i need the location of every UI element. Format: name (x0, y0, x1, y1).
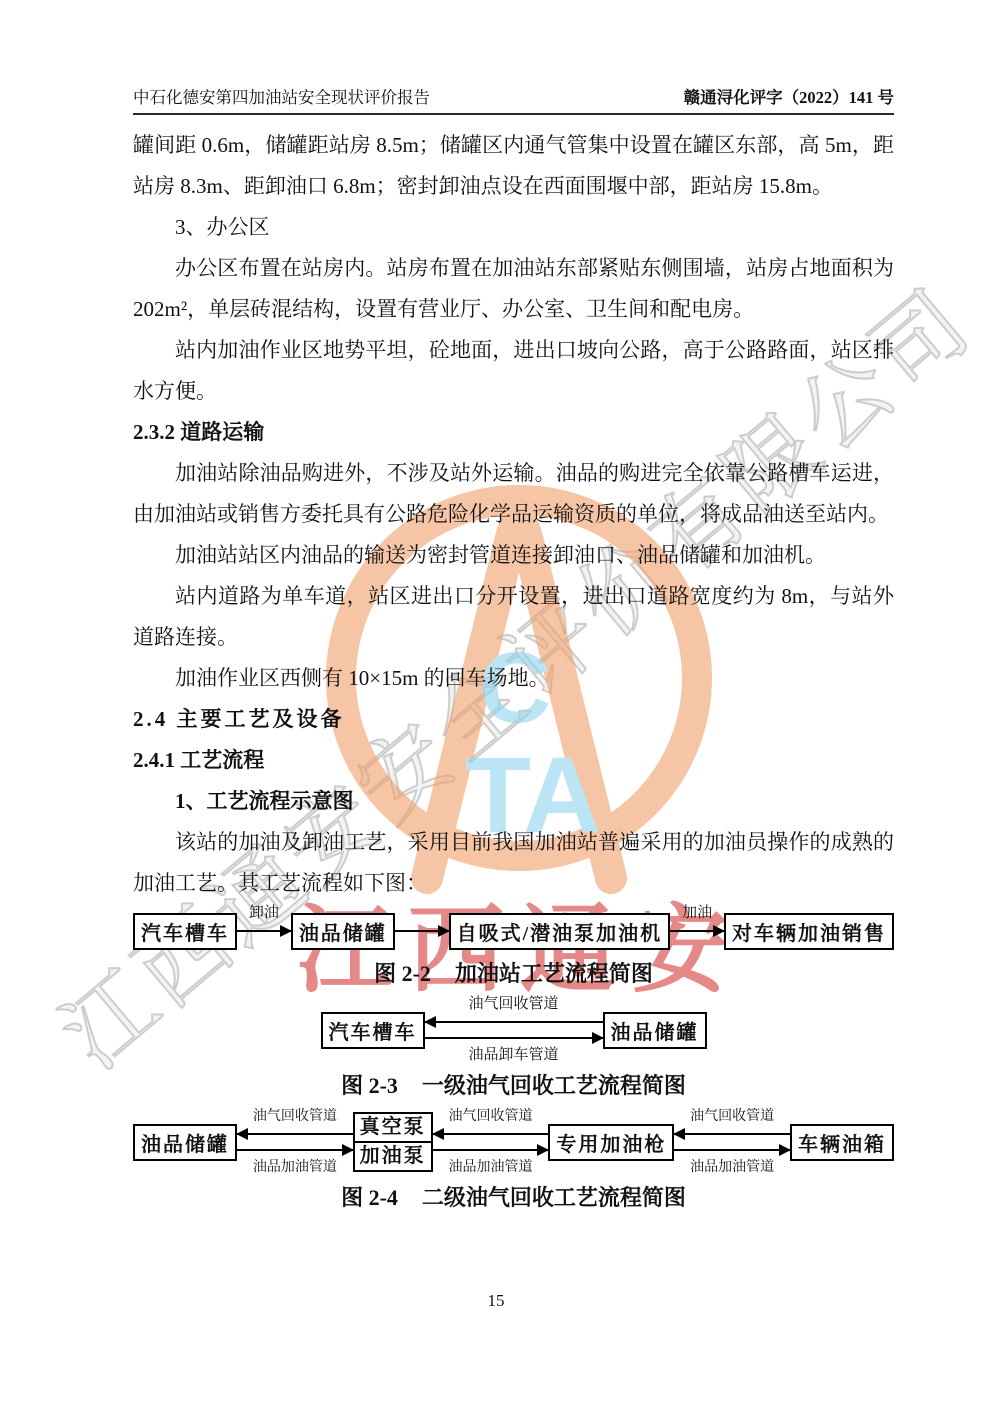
left-arrow-icon (433, 1133, 549, 1135)
subheading-process-diagram: 1、工艺流程示意图 (133, 781, 894, 822)
label-oil-unloading-pipe: 油品卸车管道 (425, 1046, 603, 1065)
duplex-connector: 油气回收管道 油品卸车管道 (425, 995, 603, 1065)
paragraph-road-2: 加油站站区内油品的输送为密封管道连接卸油口、油品储罐和加油机。 (133, 535, 894, 576)
flow-box-oil-tank: 油品储罐 (603, 1012, 707, 1049)
figure-caption-2-3: 图 2-3一级油气回收工艺流程简图 (133, 1069, 894, 1102)
figure-caption-2-2: 图 2-2加油站工艺流程简图 (133, 957, 894, 990)
paragraph-road-4: 加油作业区西侧有 10×15m 的回车场地。 (133, 658, 894, 699)
label-oil-fueling-pipe: 油品加油管道 (237, 1158, 353, 1177)
duplex-connector-3: 油气回收管道 油品加油管道 (674, 1107, 790, 1177)
flow-arrow-refuel: 加油 (670, 909, 724, 953)
page-content: 中石化德安第四加油站安全现状评价报告 赣通浔化评字（2022）141 号 罐间距… (0, 0, 992, 1214)
header-report-title: 中石化德安第四加油站安全现状评价报告 (133, 84, 430, 108)
flow-box-oil-tank: 油品储罐 (133, 1124, 237, 1161)
flow-arrow-plain (395, 909, 449, 953)
paragraph-office-2: 站内加油作业区地势平坦，砼地面，进出口坡向公路，高于公路路面，站区排水方便。 (133, 330, 894, 412)
header-document-ref: 赣通浔化评字（2022）141 号 (684, 84, 894, 108)
flow-box-pumps: 真空泵 加油泵 (353, 1112, 433, 1172)
right-arrow-icon (395, 930, 449, 932)
figure-2-2-title: 加油站工艺流程简图 (455, 961, 653, 986)
label-oil-fueling-pipe: 油品加油管道 (674, 1158, 790, 1177)
figure-2-4-number: 图 2-4 (341, 1185, 398, 1210)
flow-arrow-unload: 卸油 (237, 909, 291, 953)
label-vapor-recovery-pipe: 油气回收管道 (433, 1107, 549, 1126)
subheading-office-area: 3、办公区 (133, 207, 894, 248)
right-arrow-icon (433, 1149, 549, 1151)
arrow-label-refuel: 加油 (682, 906, 712, 921)
arrow-label-unload: 卸油 (249, 906, 279, 921)
section-heading-2-3-2: 2.3.2 道路运输 (133, 412, 894, 453)
flow-box-vehicle-fuel-tank: 车辆油箱 (790, 1124, 894, 1161)
right-arrow-icon (237, 930, 291, 932)
flow-box-tanker-truck: 汽车槽车 (133, 913, 237, 950)
paragraph-tank-spacing: 罐间距 0.6m，储罐距站房 8.5m；储罐区内通气管集中设置在罐区东部，高 5… (133, 125, 894, 207)
figure-2-2-number: 图 2-2 (374, 961, 431, 986)
flow-box-vehicle-sales: 对车辆加油销售 (724, 913, 894, 950)
figure-2-3-title: 一级油气回收工艺流程简图 (422, 1073, 686, 1098)
right-arrow-icon (674, 1149, 790, 1151)
header-rule (133, 113, 894, 115)
fuel-pump-cell: 加油泵 (355, 1141, 431, 1170)
flow-box-nozzle: 专用加油枪 (548, 1124, 674, 1161)
label-oil-fueling-pipe: 油品加油管道 (433, 1158, 549, 1177)
figure-2-3-flow-row: 汽车槽车 油气回收管道 油品卸车管道 油品储罐 (133, 995, 894, 1065)
figure-2-4-title: 二级油气回收工艺流程简图 (422, 1185, 686, 1210)
right-arrow-icon (237, 1149, 353, 1151)
figure-2-2-flow-row: 汽车槽车 卸油 油品储罐 自吸式/潜油泵加油机 加油 对车辆加油销售 (133, 909, 894, 953)
paragraph-road-3: 站内道路为单车道，站区进出口分开设置，进出口道路宽度约为 8m，与站外道路连接。 (133, 576, 894, 658)
label-vapor-recovery-pipe: 油气回收管道 (674, 1107, 790, 1126)
left-arrow-icon (674, 1133, 790, 1135)
vacuum-pump-cell: 真空泵 (355, 1114, 431, 1141)
page-header: 中石化德安第四加油站安全现状评价报告 赣通浔化评字（2022）141 号 (133, 0, 894, 113)
duplex-connector-1: 油气回收管道 油品加油管道 (237, 1107, 353, 1177)
flow-box-oil-tank: 油品储罐 (291, 913, 395, 950)
body-text: 罐间距 0.6m，储罐距站房 8.5m；储罐区内通气管集中设置在罐区东部，高 5… (133, 125, 894, 904)
section-heading-2-4: 2.4 主要工艺及设备 (133, 699, 894, 740)
left-arrow-icon (237, 1133, 353, 1135)
figure-2-2: 汽车槽车 卸油 油品储罐 自吸式/潜油泵加油机 加油 对车辆加油销售 图 2-2… (133, 909, 894, 990)
paragraph-office-1: 办公区布置在站房内。站房布置在加油站东部紧贴东侧围墙，站房占地面积为 202m²… (133, 248, 894, 330)
duplex-connector-2: 油气回收管道 油品加油管道 (433, 1107, 549, 1177)
figure-2-3-number: 图 2-3 (341, 1073, 398, 1098)
left-arrow-icon (425, 1021, 603, 1023)
document-page: 江西通安安全评价有限公司 C TA 江西通安 中石化德安第四加油站安全现状评价报… (0, 0, 992, 1403)
figure-2-3: 汽车槽车 油气回收管道 油品卸车管道 油品储罐 图 2-3一级油气回收工艺流程简… (133, 995, 894, 1102)
flow-box-tanker-truck: 汽车槽车 (321, 1012, 425, 1049)
flow-box-dispenser: 自吸式/潜油泵加油机 (449, 913, 671, 950)
figure-2-4: 油品储罐 油气回收管道 油品加油管道 真空泵 加油泵 油气回收管道 油品加油管道 (133, 1107, 894, 1214)
label-vapor-recovery-pipe: 油气回收管道 (425, 995, 603, 1014)
page-number: 15 (0, 1291, 992, 1311)
right-arrow-icon (670, 930, 724, 932)
paragraph-process: 该站的加油及卸油工艺，采用目前我国加油站普遍采用的加油员操作的成熟的加油工艺。其… (133, 822, 894, 904)
paragraph-road-1: 加油站除油品购进外，不涉及站外运输。油品的购进完全依靠公路槽车运进，由加油站或销… (133, 453, 894, 535)
figure-caption-2-4: 图 2-4二级油气回收工艺流程简图 (133, 1181, 894, 1214)
right-arrow-icon (425, 1037, 603, 1039)
figure-2-4-flow-row: 油品储罐 油气回收管道 油品加油管道 真空泵 加油泵 油气回收管道 油品加油管道 (133, 1107, 894, 1177)
section-heading-2-4-1: 2.4.1 工艺流程 (133, 740, 894, 781)
label-vapor-recovery-pipe: 油气回收管道 (237, 1107, 353, 1126)
